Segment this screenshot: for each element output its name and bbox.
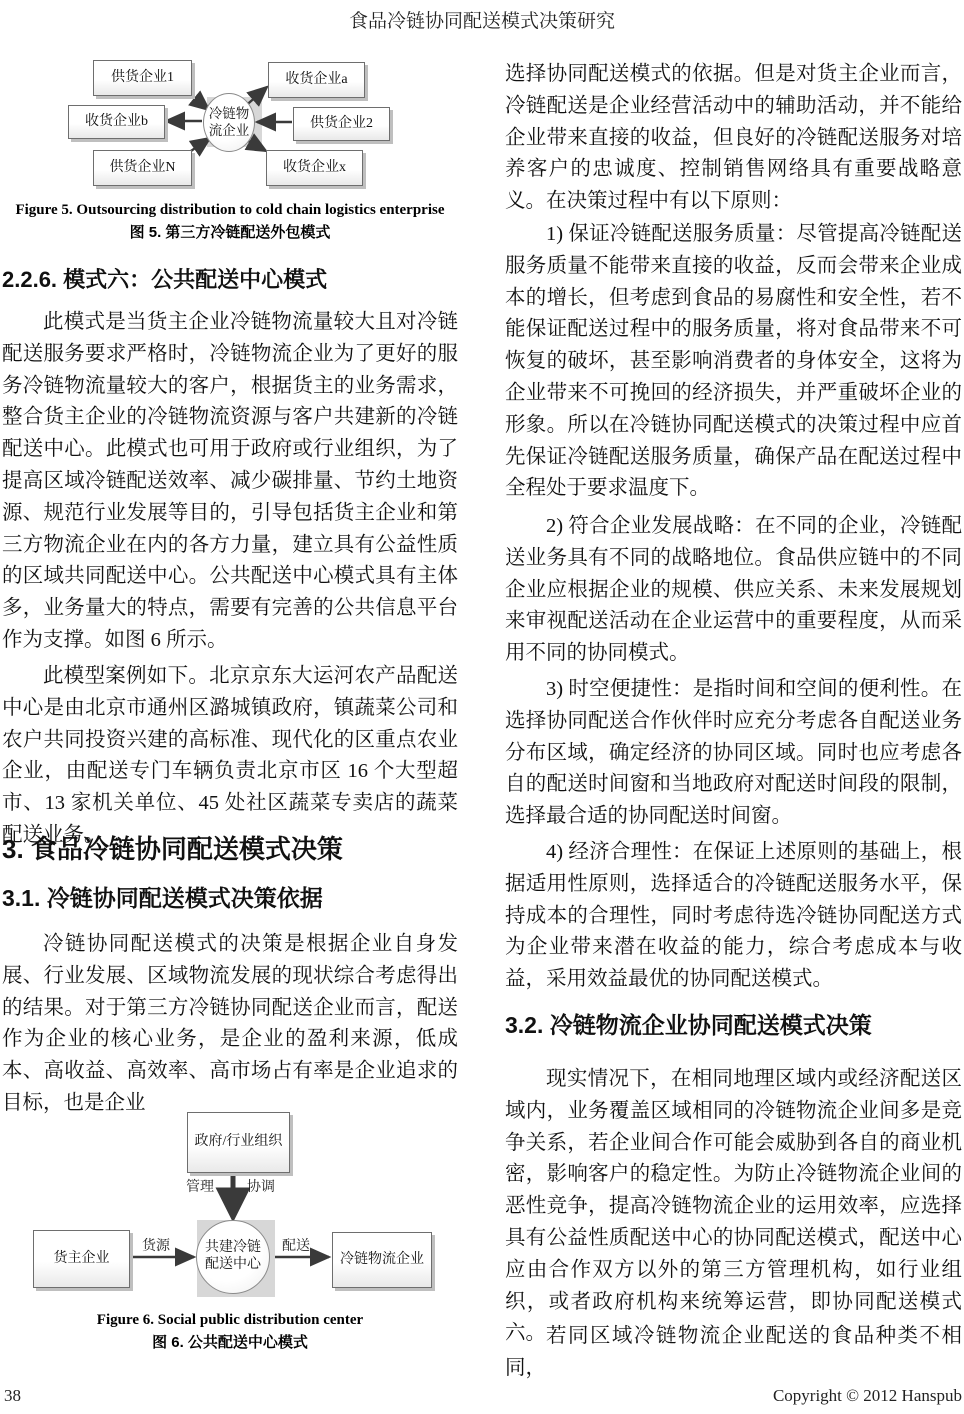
figure5-box-receiver-b: 收货企业b	[68, 105, 165, 139]
figure6-diagram: 政府/行业组织 货主企业 冷链物流企业 共建冷链 配送中心 管理 协调 货源 配…	[28, 1106, 440, 1302]
para-mode6-2: 此模型案例如下。北京京东大运河农产品配送中心是由北京市通州区潞城镇政府，镇蔬菜公…	[2, 661, 458, 852]
figure6-caption-en: Figure 6. Social public distribution cen…	[2, 1312, 458, 1329]
copyright-text: Copyright © 2012 Hanspub	[773, 1386, 962, 1406]
para-3-1: 冷链协同配送模式的决策是根据企业自身发展、行业发展、区域物流发展的现状综合考虑得…	[2, 929, 458, 1120]
figure6-center-line2: 配送中心	[205, 1257, 261, 1274]
para-principle-2: 2) 符合企业发展战略：在不同的企业，冷链配送业务具有不同的战略地位。食品供应链…	[505, 511, 962, 670]
figure5-box-supplier1: 供货企业1	[93, 60, 192, 96]
figure6-box-government-label: 政府/行业组织	[195, 1134, 283, 1150]
figure5-box-supplier-n: 供货企业N	[93, 150, 192, 186]
figure5-box-receiver-x-label: 收货企业x	[283, 160, 346, 176]
figure5-center-line2: 流企业	[209, 123, 250, 139]
figure6-box-shipper-label: 货主企业	[54, 1251, 110, 1267]
figure5-diagram: 供货企业1 收货企业a 收货企业b 供货企业2 供货企业N 收货企业x 冷链物 …	[60, 50, 400, 195]
page-number: 38	[4, 1386, 21, 1406]
para-principle-3: 3) 时空便捷性：是指时间和空间的便利性。在选择协同配送合作伙伴时应充分考虑各自…	[505, 674, 962, 833]
figure6-box-logistics-label: 冷链物流企业	[340, 1252, 424, 1268]
figure5-box-receiver-a: 收货企业a	[268, 62, 365, 98]
figure5-box-supplier-n-label: 供货企业N	[109, 160, 175, 176]
page-header-title: 食品冷链协同配送模式决策研究	[0, 6, 964, 33]
figure6-label-deliver: 配送	[282, 1235, 310, 1255]
figure6-center-line1: 共建冷链	[205, 1240, 261, 1257]
figure5-box-supplier1-label: 供货企业1	[111, 70, 174, 86]
heading-3: 3. 食品冷链协同配送模式决策	[2, 833, 458, 866]
figure5-center-ellipse: 冷链物 流企业	[203, 93, 255, 152]
para-principle-4: 4) 经济合理性：在保证上述原则的基础上，根据适用性原则，选择适合的冷链配送服务…	[505, 837, 962, 996]
figure6-caption-zh: 图 6. 公共配送中心模式	[2, 1331, 458, 1352]
heading-3-1: 3.1. 冷链协同配送模式决策依据	[2, 884, 458, 913]
figure6-label-supply: 货源	[142, 1235, 170, 1255]
para-3-2: 现实情况下，在相同地理区域内或经济配送区域内，业务覆盖区域相同的冷链物流企业间多…	[505, 1064, 962, 1350]
figure5-caption-zh: 图 5. 第三方冷链配送外包模式	[2, 221, 458, 242]
figure5-box-receiver-x: 收货企业x	[266, 150, 363, 186]
heading-3-2: 3.2. 冷链物流企业协同配送模式决策	[505, 1011, 962, 1040]
heading-2-2-6: 2.2.6. 模式六：公共配送中心模式	[2, 266, 458, 294]
para-principle-1: 1) 保证冷链配送服务质量：尽管提高冷链配送服务质量不能带来直接的收益，反而会带…	[505, 219, 962, 505]
para-mode6-1: 此模式是当货主企业冷链物流量较大且对冷链配送服务要求严格时，冷链物流企业为了更好…	[2, 307, 458, 657]
figure5-caption-en: Figure 5. Outsourcing distribution to co…	[2, 202, 458, 219]
figure6-label-manage: 管理	[186, 1176, 214, 1196]
figure5-box-supplier2-label: 供货企业2	[310, 116, 373, 132]
figure6-label-coordinate: 协调	[247, 1176, 275, 1196]
figure6-box-logistics: 冷链物流企业	[332, 1232, 432, 1288]
para-intro-right: 选择协同配送模式的依据。但是对货主企业而言，冷链配送是企业经营活动中的辅助活动，…	[505, 59, 962, 218]
para-3-2-last: 若同区域冷链物流企业配送的食品种类不相同，	[505, 1321, 962, 1385]
figure6-box-government: 政府/行业组织	[187, 1112, 290, 1173]
figure5-box-receiver-b-label: 收货企业b	[85, 114, 148, 130]
figure6-center-circle: 共建冷链 配送中心	[196, 1220, 270, 1294]
figure5-box-supplier2: 供货企业2	[293, 107, 390, 141]
figure5-box-receiver-a-label: 收货企业a	[285, 72, 347, 88]
paper-page: 食品冷链协同配送模式决策研究 供货企业1 收货企业a 收货企业b 供货企业2 供…	[0, 0, 964, 1414]
figure6-box-shipper: 货主企业	[33, 1230, 130, 1288]
figure5-center-line1: 冷链物	[209, 106, 250, 122]
